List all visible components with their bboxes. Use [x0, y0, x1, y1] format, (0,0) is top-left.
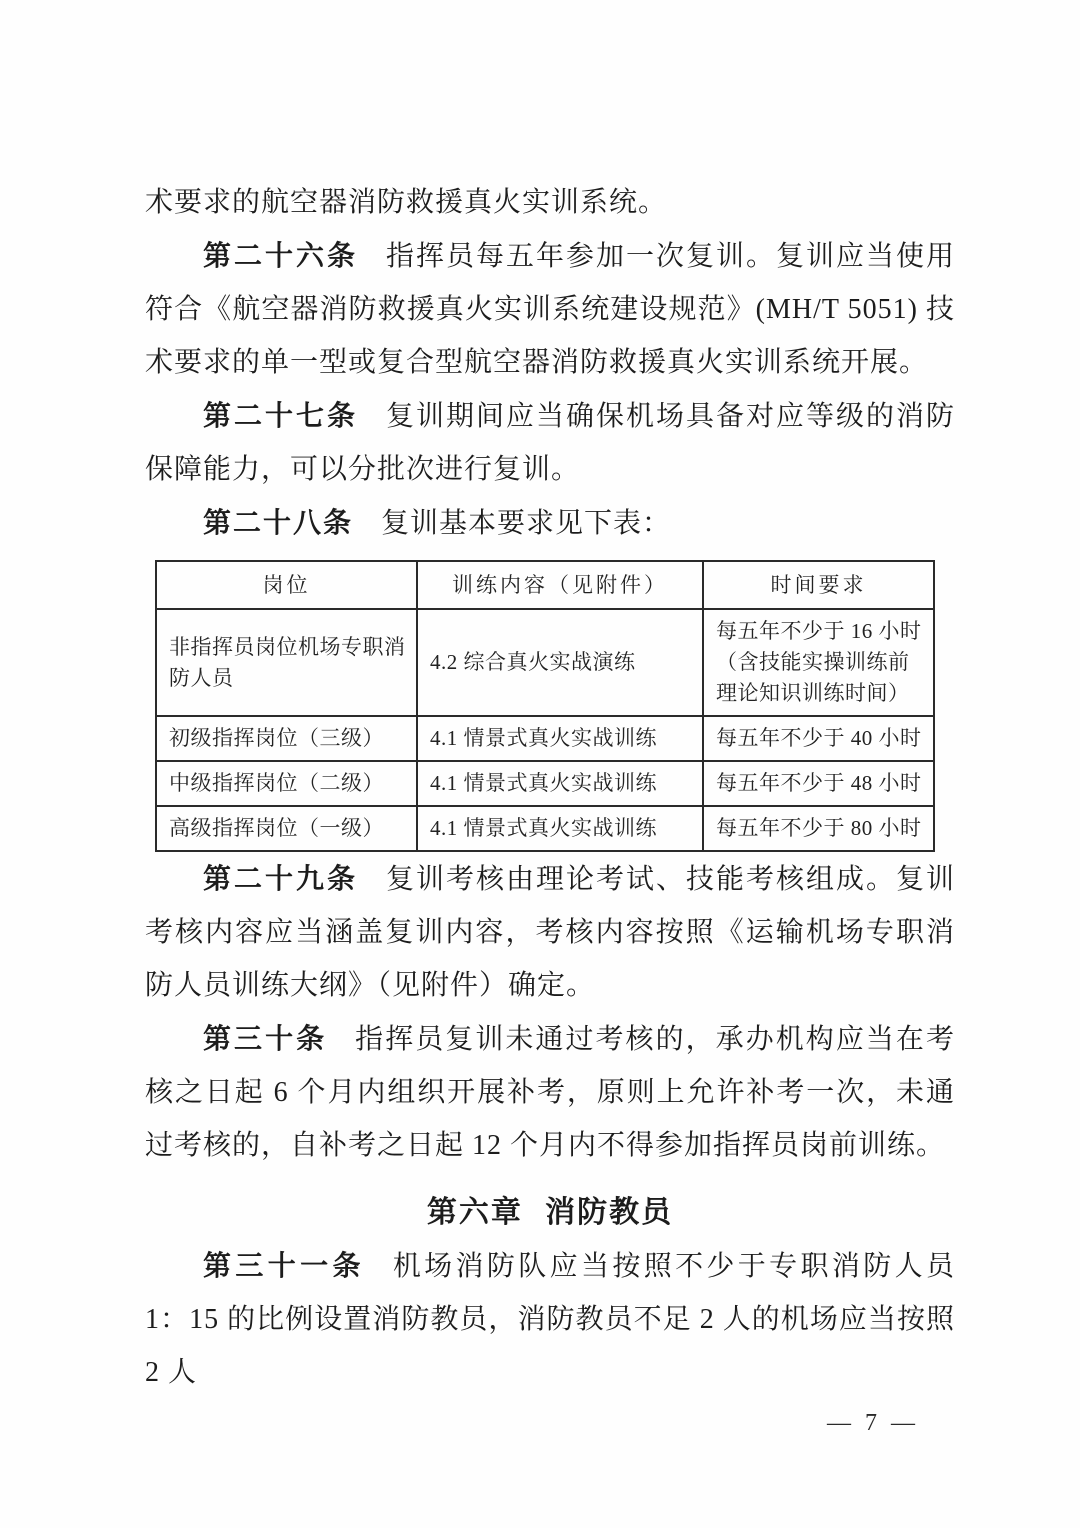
table-cell: 4.1 情景式真火实战训练: [417, 716, 703, 761]
table-cell: 每五年不少于 16 小时（含技能实操训练前理论知识训练时间）: [703, 609, 934, 716]
article-28-text: 复训基本要求见下表：: [381, 508, 671, 539]
table-header-time-requirement: 时间要求: [703, 561, 934, 609]
paragraph-article-29: 第二十九条复训考核由理论考试、技能考核组成。复训考核内容应当涵盖复训内容，考核内…: [145, 852, 955, 1012]
table-row: 非指挥员岗位机场专职消防人员 4.2 综合真火实战演练 每五年不少于 16 小时…: [156, 609, 934, 716]
table-header-position: 岗位: [156, 561, 417, 609]
chapter-heading: 第六章 消防教员: [145, 1186, 955, 1239]
table-header-row: 岗位 训练内容（见附件） 时间要求: [156, 561, 934, 609]
table-cell: 中级指挥岗位（二级）: [156, 761, 417, 806]
paragraph-continuation: 术要求的航空器消防救援真火实训系统。: [145, 176, 955, 229]
table-cell: 每五年不少于 48 小时: [703, 761, 934, 806]
paragraph-article-27: 第二十七条复训期间应当确保机场具备对应等级的消防保障能力，可以分批次进行复训。: [145, 389, 955, 496]
paragraph-article-26: 第二十六条指挥员每五年参加一次复训。复训应当使用符合《航空器消防救援真火实训系统…: [145, 229, 955, 389]
article-28-number: 第二十八条: [203, 507, 353, 538]
table-cell: 4.2 综合真火实战演练: [417, 609, 703, 716]
paragraph-article-28: 第二十八条复训基本要求见下表：: [145, 496, 955, 550]
document-content: 术要求的航空器消防救援真火实训系统。 第二十六条指挥员每五年参加一次复训。复训应…: [145, 176, 955, 1439]
table-cell: 非指挥员岗位机场专职消防人员: [156, 609, 417, 716]
article-31-number: 第三十一条: [203, 1250, 365, 1281]
table-header-training-content: 训练内容（见附件）: [417, 561, 703, 609]
table-cell: 4.1 情景式真火实战训练: [417, 761, 703, 806]
article-30-number: 第三十条: [203, 1023, 327, 1054]
retraining-requirements-table: 岗位 训练内容（见附件） 时间要求 非指挥员岗位机场专职消防人员 4.2 综合真…: [155, 560, 935, 852]
paragraph-article-31: 第三十一条机场消防队应当按照不少于专职消防人员 1：15 的比例设置消防教员，消…: [145, 1239, 955, 1399]
table-cell: 高级指挥岗位（一级）: [156, 806, 417, 851]
table-cell: 每五年不少于 80 小时: [703, 806, 934, 851]
table-row: 初级指挥岗位（三级） 4.1 情景式真火实战训练 每五年不少于 40 小时: [156, 716, 934, 761]
article-29-number: 第二十九条: [203, 863, 358, 894]
article-26-number: 第二十六条: [203, 240, 358, 271]
table-cell: 每五年不少于 40 小时: [703, 716, 934, 761]
table-row: 高级指挥岗位（一级） 4.1 情景式真火实战训练 每五年不少于 80 小时: [156, 806, 934, 851]
paragraph-article-30: 第三十条指挥员复训未通过考核的，承办机构应当在考核之日起 6 个月内组织开展补考…: [145, 1012, 955, 1172]
table-row: 中级指挥岗位（二级） 4.1 情景式真火实战训练 每五年不少于 48 小时: [156, 761, 934, 806]
article-27-number: 第二十七条: [203, 400, 358, 431]
table-cell: 4.1 情景式真火实战训练: [417, 806, 703, 851]
document-page: 术要求的航空器消防救援真火实训系统。 第二十六条指挥员每五年参加一次复训。复训应…: [0, 0, 1080, 1528]
table-cell: 初级指挥岗位（三级）: [156, 716, 417, 761]
page-number: — 7 —: [145, 1407, 955, 1439]
